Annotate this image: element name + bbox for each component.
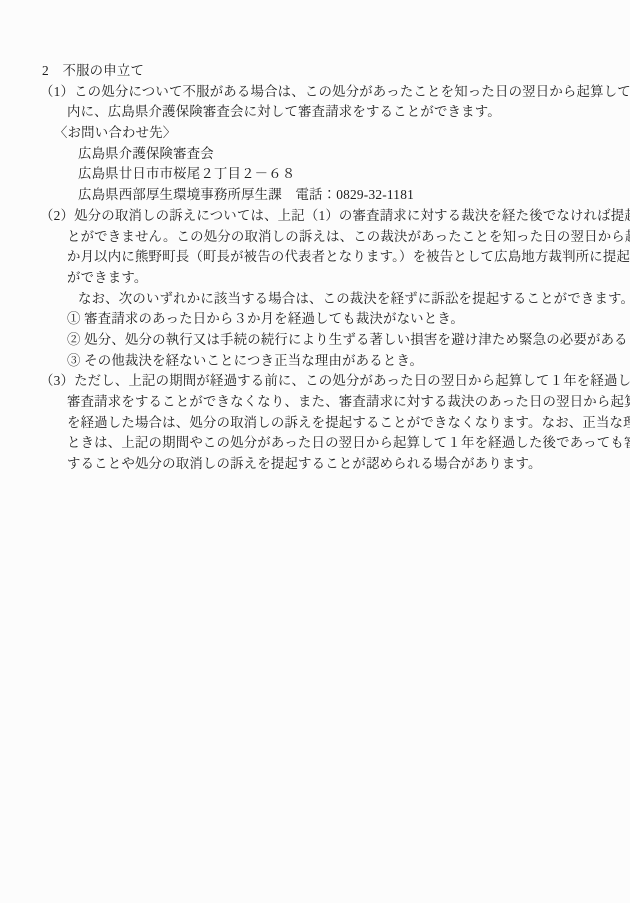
item2-line: （2）処分の取消しの訴えについては、上記（1）の審査請求に対する裁決を経た後でな… xyxy=(0,206,630,227)
document-body: 2 不服の申立て （1）この処分について不服がある場合は、この処分があったことを… xyxy=(0,61,630,475)
document-page: 2 不服の申立て （1）この処分について不服がある場合は、この処分があったことを… xyxy=(0,0,630,903)
item2-line: か月以内に熊野町長（町長が被告の代表者となります。）を被告として広島地方裁判所に… xyxy=(0,247,630,268)
item1-line: （1）この処分について不服がある場合は、この処分があったことを知った日の翌日から… xyxy=(0,82,630,103)
item1-line: 内に、広島県介護保険審査会に対して審査請求をすることができます。 xyxy=(0,102,630,123)
item3-line: ときは、上記の期間やこの処分があった日の翌日から起算して１年を経過した後であって… xyxy=(0,433,630,454)
item2-bullet-3: ③ その他裁決を経ないことにつき正当な理由があるとき。 xyxy=(0,351,630,372)
contact-phone-line: 広島県西部厚生環境事務所厚生課 電話：0829-32-1181 xyxy=(0,185,630,206)
item2-bullet-1: ① 審査請求のあった日から３か月を経過しても裁決がないとき。 xyxy=(0,309,630,330)
item2-line: ができます。 xyxy=(0,268,630,289)
item2-note-line: なお、次のいずれかに該当する場合は、この裁決を経ずに訴訟を提起することができます… xyxy=(0,289,630,310)
item3-line: （3）ただし、上記の期間が経過する前に、この処分があった日の翌日から起算して１年… xyxy=(0,371,630,392)
item3-line: することや処分の取消しの訴えを提起することが認められる場合があります。 xyxy=(0,454,630,475)
item3-line: を経過した場合は、処分の取消しの訴えを提起することができなくなります。なお、正当… xyxy=(0,413,630,434)
contact-organization-line: 広島県介護保険審査会 xyxy=(0,144,630,165)
item3-line: 審査請求をすることができなくなり、また、審査請求に対する裁決のあった日の翌日から… xyxy=(0,392,630,413)
contact-address-line: 広島県廿日市市桜尾２丁目２－６８ xyxy=(0,164,630,185)
section-heading: 2 不服の申立て xyxy=(0,61,630,82)
item2-line: とができません。この処分の取消しの訴えは、この裁決があったことを知った日の翌日か… xyxy=(0,227,630,248)
contact-heading-line: 〈お問い合わせ先〉 xyxy=(0,123,630,144)
item2-bullet-2: ② 処分、処分の執行又は手続の続行により生ずる著しい損害を避け津ため緊急の必要が… xyxy=(0,330,630,351)
